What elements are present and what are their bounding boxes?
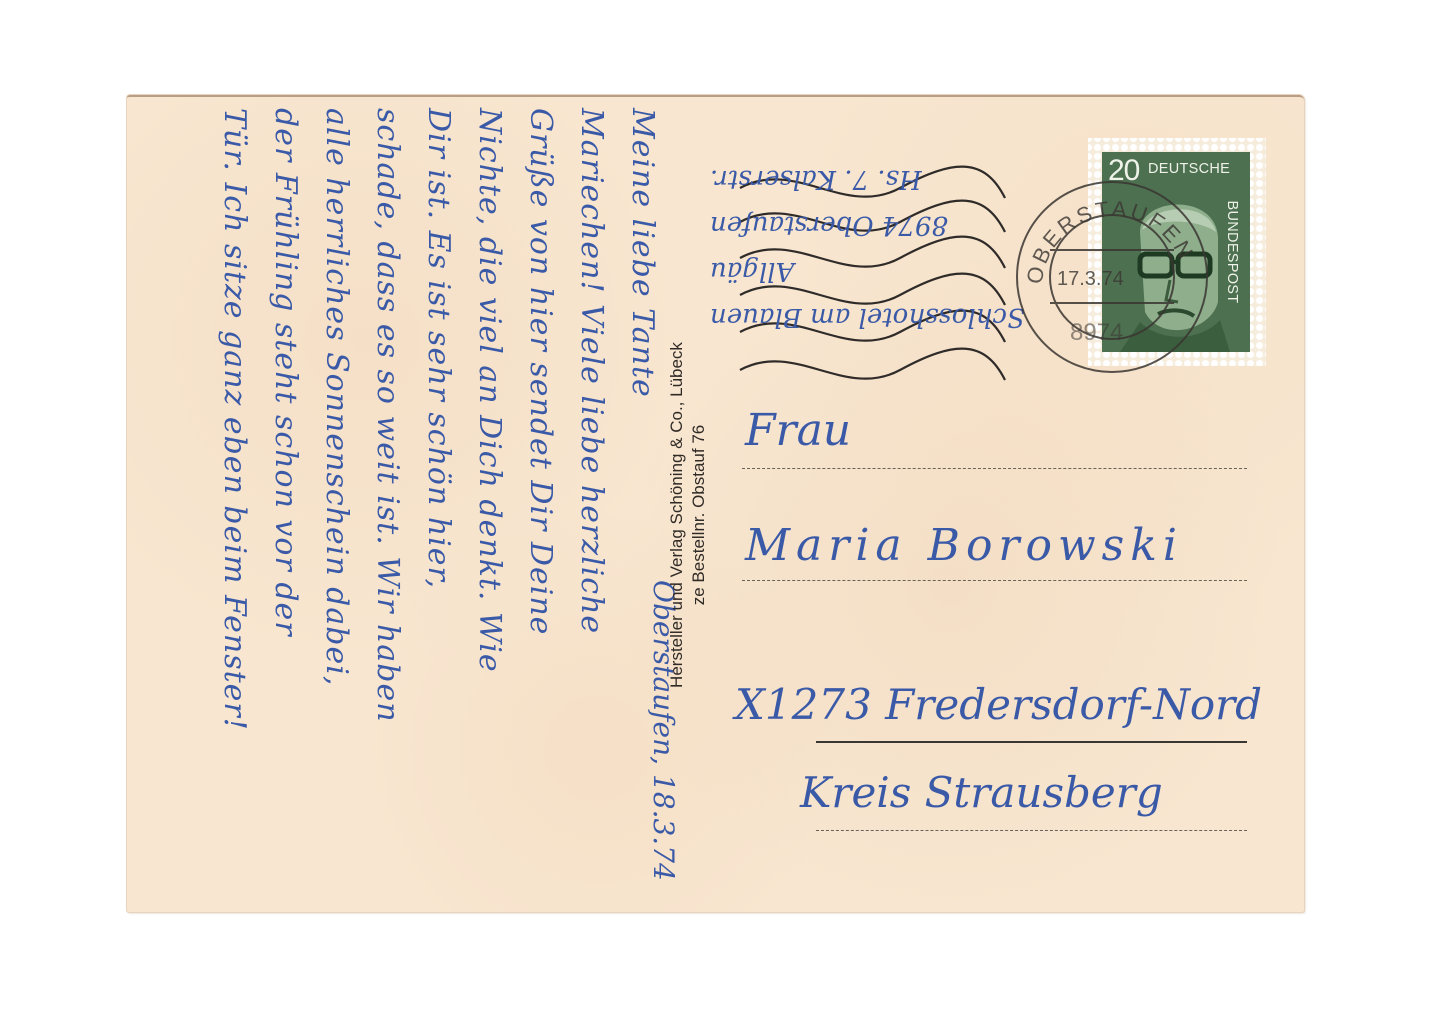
message-line: Mariechen! Viele liebe herzliche xyxy=(566,108,617,878)
recipient-salutation: Frau xyxy=(745,405,851,456)
imprint-line-2: ze Bestellnr. Obstauf 76 xyxy=(688,295,710,735)
address-line-2 xyxy=(742,580,1247,581)
imprint-line-1: Hersteller und Verlag Schöning & Co., Lü… xyxy=(666,295,688,735)
message-line: Nichte, die viel an Dich denkt. Wie xyxy=(464,108,515,878)
message-line: der Frühling steht schon vor der xyxy=(260,108,311,878)
address-line-3 xyxy=(816,741,1247,743)
publisher-imprint: Hersteller und Verlag Schöning & Co., Lü… xyxy=(666,295,726,735)
recipient-district: Kreis Strausberg xyxy=(800,768,1163,817)
postmark-icon: OBERSTAUFEN 17.3.74 8974 xyxy=(1012,175,1212,380)
message-line: Tür. Ich sitze ganz eben beim Fenster! xyxy=(209,108,260,878)
address-line-1 xyxy=(742,468,1247,469)
address-line-4 xyxy=(816,830,1247,831)
recipient-name: Maria Borowski xyxy=(745,520,1183,571)
postmark-date: 17.3.74 xyxy=(1057,268,1124,290)
message-line: alle herrliches Sonnenschein dabei, xyxy=(311,108,362,878)
stamp-post: BUNDESPOST xyxy=(1224,182,1240,322)
message-line: schade, dass es so weit ist. Wir haben xyxy=(362,108,413,878)
handwritten-message: Meine liebe Tante Mariechen! Viele liebe… xyxy=(148,108,668,878)
message-line: Dir ist. Es ist sehr schön hier, xyxy=(413,108,464,878)
message-line: Grüße von hier sendet Dir Deine xyxy=(515,108,566,878)
recipient-city: X1273 Fredersdorf-Nord xyxy=(735,680,1262,729)
postmark-postal: 8974 xyxy=(1070,319,1123,346)
